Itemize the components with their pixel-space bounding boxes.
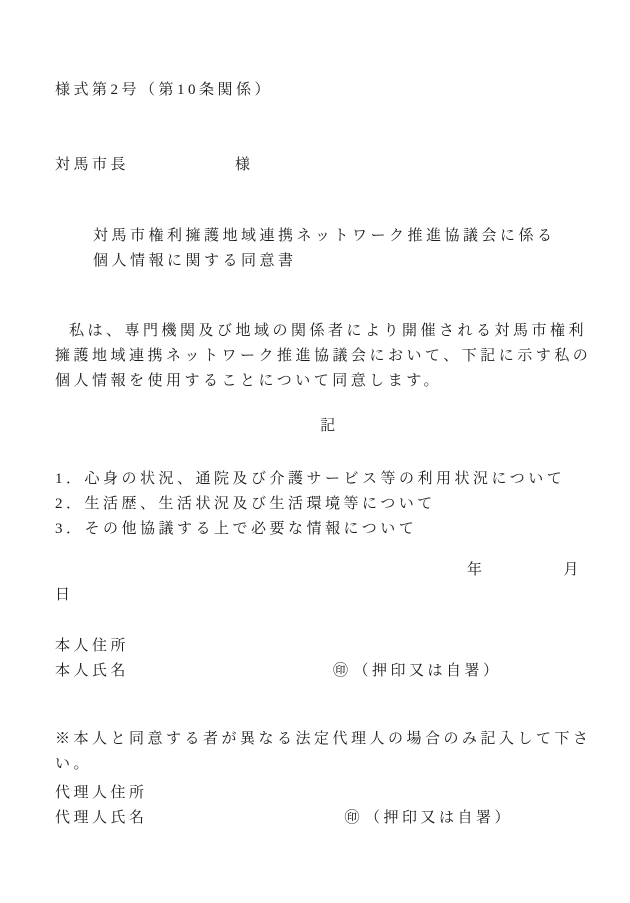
list-item: 1．心身の状況、通院及び介護サービス等の利用状況について xyxy=(55,467,604,492)
recipient-title: 対馬市長 xyxy=(55,157,129,173)
principal-address-label: 本人住所 xyxy=(55,634,604,659)
agent-name-blank xyxy=(148,821,345,822)
seal-instruction: （押印又は自署） xyxy=(354,663,502,679)
form-number: 様式第2号（第10条関係） xyxy=(55,78,604,103)
document-title-line1: 対馬市権利擁護地域連携ネットワーク推進協議会に係る xyxy=(93,224,604,249)
month-blank xyxy=(486,573,564,574)
list-item: 2．生活歴、生活状況及び生活環境等について xyxy=(55,492,604,517)
principal-name-label: 本人氏名 xyxy=(55,663,129,679)
principal-name-line: 本人氏名㊞（押印又は自署） xyxy=(55,659,604,684)
day-label: 日 xyxy=(55,587,74,603)
seal-mark: ㊞ xyxy=(345,810,364,826)
agent-address-label: 代理人住所 xyxy=(55,781,604,806)
agent-name-label: 代理人氏名 xyxy=(55,810,148,826)
honorific: 様 xyxy=(235,157,254,173)
addressee-line: 対馬市長様 xyxy=(55,153,604,178)
list-item: 3．その他協議する上で必要な情報について xyxy=(55,517,604,542)
agent-name-line: 代理人氏名㊞（押印又は自署） xyxy=(55,806,604,831)
month-label: 月 xyxy=(564,562,583,578)
representative-note: ※本人と同意する者が異なる法定代理人の場合のみ記入して下さい。 xyxy=(55,727,604,777)
list-heading: 記 xyxy=(55,414,604,439)
seal-mark: ㊞ xyxy=(333,663,352,679)
document-title-line2: 個人情報に関する同意書 xyxy=(93,249,604,274)
principal-name-blank xyxy=(129,674,333,675)
consent-form-page: 様式第2号（第10条関係） 対馬市長様 対馬市権利擁護地域連携ネットワーク推進協… xyxy=(0,0,630,903)
document-title: 対馬市権利擁護地域連携ネットワーク推進協議会に係る 個人情報に関する同意書 xyxy=(55,224,604,274)
information-list: 1．心身の状況、通院及び介護サービス等の利用状況について 2．生活歴、生活状況及… xyxy=(55,467,604,542)
year-blank xyxy=(55,573,467,574)
recipient-name-blank xyxy=(129,168,235,169)
day-line: 日 xyxy=(55,583,604,608)
consent-statement: 私は、専門機関及び地域の関係者により開催される対馬市権利擁護地域連携ネットワーク… xyxy=(55,319,604,394)
date-line: 年月 xyxy=(55,558,604,583)
year-label: 年 xyxy=(467,562,486,578)
seal-instruction: （押印又は自署） xyxy=(365,810,513,826)
